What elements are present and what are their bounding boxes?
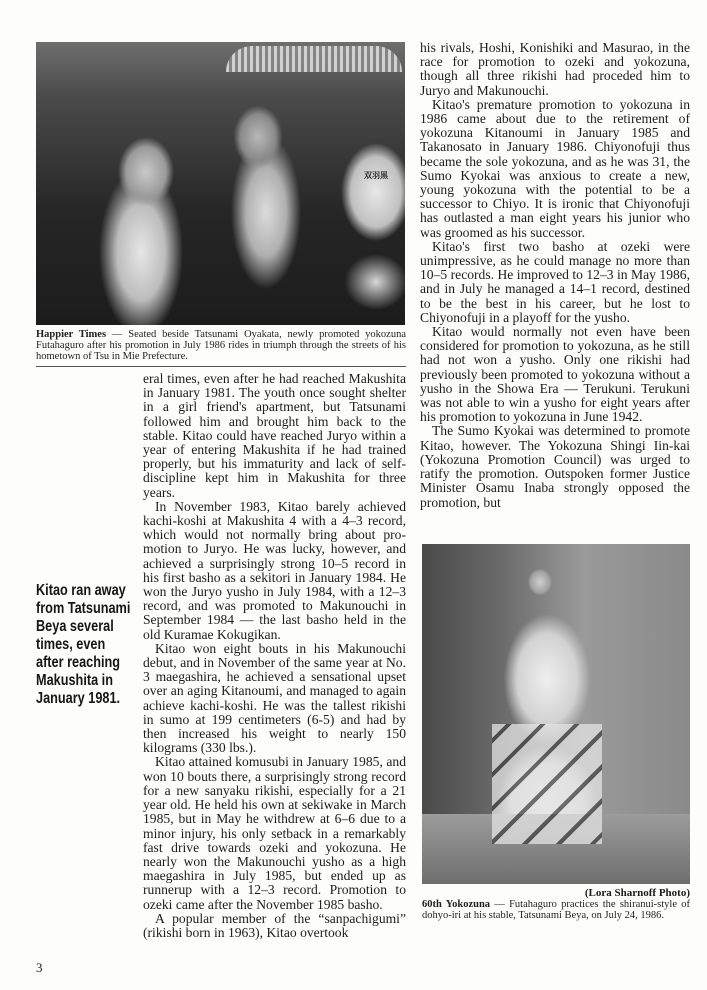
pull-quote: Kitao ran away from Tatsunami Beya sever… xyxy=(36,582,136,708)
photo-credit: (Lora Sharnoff Photo) xyxy=(422,887,690,899)
caption-dash: — xyxy=(106,329,128,340)
shirt-lettering: 双羽黒 xyxy=(364,170,388,181)
photo-caption-top: Happier Times — Seated beside Tatsunami … xyxy=(36,329,406,362)
caption-title: Happier Times xyxy=(36,329,106,340)
paragraph: Kitao's premature promotion to yokozuna … xyxy=(420,98,690,240)
paragraph: Kitao attained komusubi in January 1985,… xyxy=(143,755,406,911)
caption-title: 60th Yokozuna xyxy=(422,899,490,910)
paragraph: Kitao's first two basho at ozeki were un… xyxy=(420,240,690,325)
caption-divider xyxy=(36,366,406,367)
photo-caption-bottom: 60th Yokozuna — Futahaguro practices the… xyxy=(422,899,690,921)
awning-decoration xyxy=(226,46,402,72)
paragraph: eral times, even after he had reached Ma… xyxy=(143,372,406,500)
caption-dash: — xyxy=(490,899,509,910)
paragraph: The Sumo Kyokai was determined to promot… xyxy=(420,424,690,509)
paragraph: In November 1983, Kitao barely achieved … xyxy=(143,500,406,642)
article-column-middle: eral times, even after he had reached Ma… xyxy=(143,372,406,940)
page-number: 3 xyxy=(36,960,43,976)
paragraph: his rivals, Hoshi, Konishiki and Masurao… xyxy=(420,41,690,98)
paragraph: A popular member of the “sanpachi­gumi” … xyxy=(143,912,406,940)
kesho-mawashi-apron xyxy=(492,724,602,844)
article-column-right: his rivals, Hoshi, Konishiki and Masurao… xyxy=(420,41,690,510)
photo-dohyo-iri xyxy=(422,544,690,884)
paragraph: Kitao would normally not even have been … xyxy=(420,325,690,424)
photo-parade: 双羽黒 xyxy=(36,42,405,325)
paragraph: Kitao won eight bouts in his Makunouchi … xyxy=(143,642,406,756)
